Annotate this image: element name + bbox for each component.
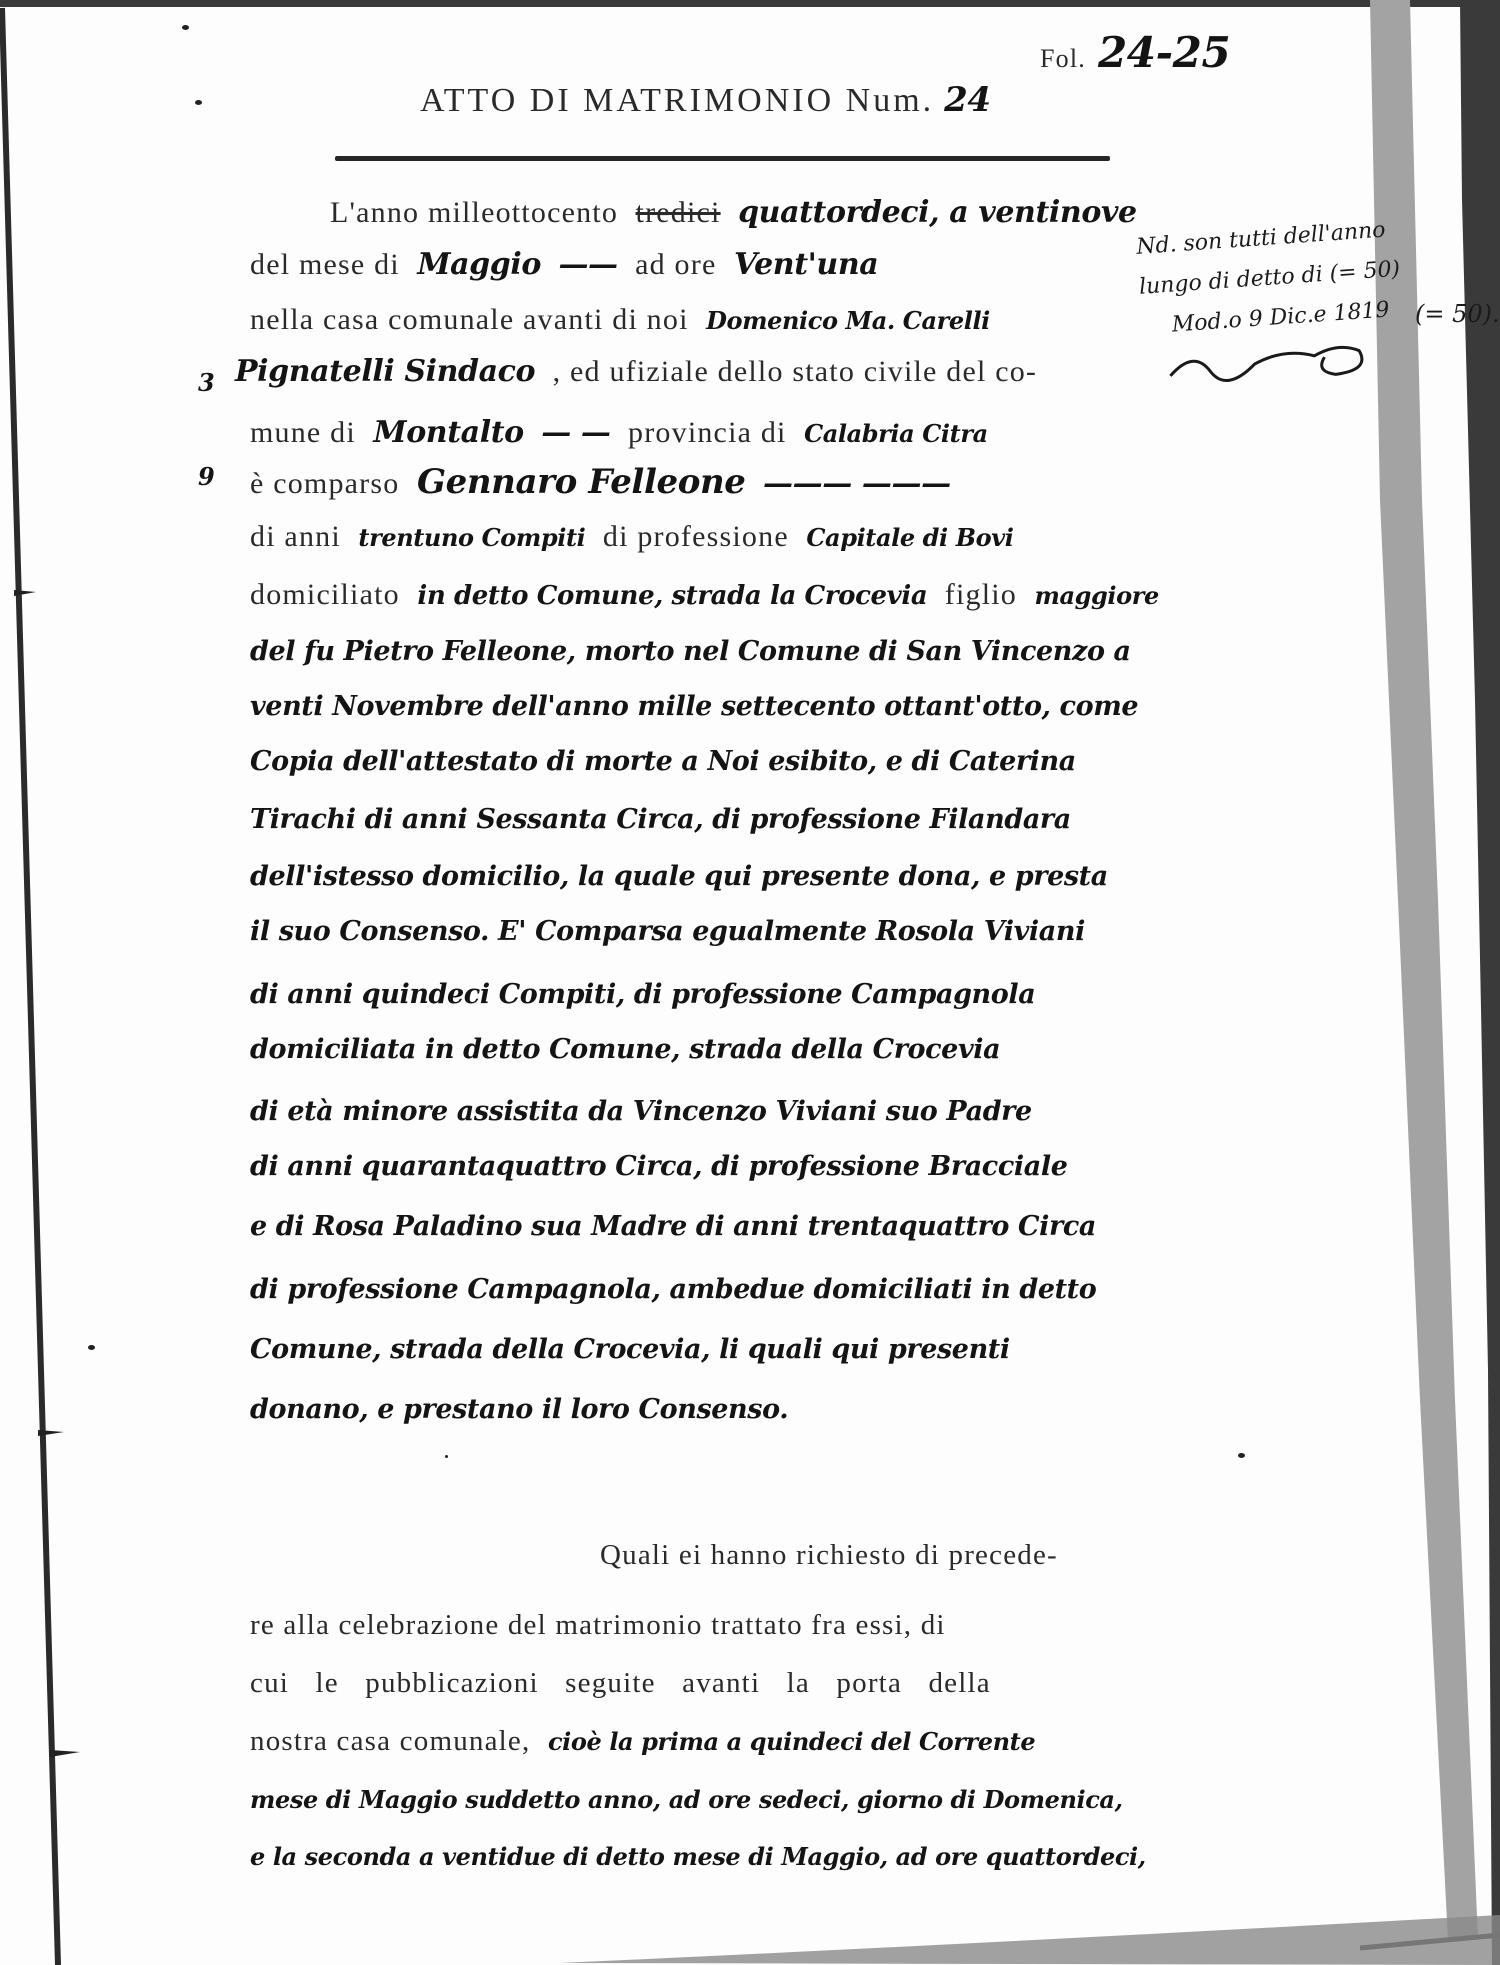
margin-mark-1: 3: [198, 368, 214, 397]
body-line-5: mune di Montalto — — provincia di Calabr…: [250, 408, 998, 458]
body-line-15: di anni quindeci Compiti, di professione…: [250, 970, 1035, 1020]
handwritten-text: Pignatelli Sindaco: [235, 354, 535, 389]
handwritten-text: Montalto: [373, 415, 523, 450]
folio-value: 24-25: [1098, 28, 1230, 77]
body-line-20: di professione Campagnola, ambedue domic…: [250, 1265, 1096, 1315]
title-printed: ATTO DI MATRIMONIO Num.: [420, 82, 934, 119]
handwritten-text: cioè la prima a quindeci del Corrente: [548, 1727, 1035, 1756]
body-line-18: di anni quarantaquattro Circa, di profes…: [250, 1142, 1067, 1192]
body-line-2: del mese di Maggio —— ad ore Vent'una: [250, 240, 888, 290]
closing-line-4: nostra casa comunale, cioè la prima a qu…: [250, 1716, 1045, 1766]
closing-line-6: e la seconda a ventidue di detto mese di…: [250, 1832, 1146, 1882]
printed-text: mune di: [250, 416, 356, 449]
body-line-11: Copia dell'attestato di morte a Noi esib…: [250, 737, 1076, 787]
printed-text: figlio: [945, 578, 1017, 611]
handwritten-text: maggiore: [1035, 581, 1159, 610]
printed-text: provincia di: [628, 416, 787, 449]
body-line-13: dell'istesso domicilio, la quale qui pre…: [250, 852, 1108, 902]
top-edge: [0, 0, 1500, 7]
dash: ——: [558, 247, 617, 282]
handwritten-text: in detto Comune, strada la Crocevia: [417, 581, 927, 611]
body-line-22: donano, e prestano il loro Consenso.: [250, 1385, 788, 1435]
printed-text: nella casa comunale avanti di noi: [250, 303, 689, 336]
handwritten-text: Vent'una: [734, 247, 878, 282]
struck-text: tredici: [636, 196, 721, 229]
handwritten-text: Calabria Citra: [804, 419, 988, 448]
left-binding-edge: [0, 0, 80, 1965]
printed-text: ad ore: [635, 248, 716, 281]
closing-line-5: mese di Maggio suddetto anno, ad ore sed…: [250, 1775, 1123, 1825]
folio-label: Fol.: [1040, 44, 1086, 73]
printed-text: , ed ufiziale dello stato civile del co-: [553, 355, 1038, 388]
handwritten-text: Capitale di Bovi: [806, 523, 1013, 552]
dash: — —: [541, 415, 610, 450]
printed-text: di anni: [250, 520, 341, 553]
handwritten-text: trentuno Compiti: [358, 523, 585, 552]
margin-mark-2: 9: [198, 462, 214, 491]
body-line-4: Pignatelli Sindaco , ed ufiziale dello s…: [235, 347, 1047, 397]
printed-text: del mese di: [250, 248, 400, 281]
printed-text: nostra casa comunale,: [250, 1725, 530, 1757]
printed-text: L'anno milleottocento: [330, 196, 618, 229]
body-line-9: del fu Pietro Felleone, morto nel Comune…: [250, 627, 1131, 677]
closing-line-1: Quali ei hanno richiesto di precede-: [600, 1530, 1058, 1580]
printed-text: è comparso: [250, 467, 399, 500]
body-line-3: nella casa comunale avanti di noi Domeni…: [250, 295, 1000, 345]
dash: ——— ———: [763, 466, 951, 501]
closing-line-2: re alla celebrazione del matrimonio trat…: [250, 1600, 946, 1650]
body-line-16: domiciliata in detto Comune, strada dell…: [250, 1025, 1000, 1075]
right-spine-shadow: [1360, 0, 1500, 1965]
margin-annotation: Nd. son tutti dell'anno lungo di detto d…: [1135, 211, 1387, 406]
handwritten-text: Maggio: [417, 247, 541, 282]
body-line-8: domiciliato in detto Comune, strada la C…: [250, 570, 1169, 620]
printed-text: di professione: [603, 520, 789, 553]
body-line-10: venti Novembre dell'anno mille settecent…: [250, 682, 1138, 732]
body-line-12: Tirachi di anni Sessanta Circa, di profe…: [250, 795, 1071, 845]
body-line-1: L'anno milleottocento tredici quattordec…: [330, 188, 1147, 238]
body-line-19: e di Rosa Paladino sua Madre di anni tre…: [250, 1202, 1096, 1252]
body-line-14: il suo Consenso. E' Comparsa egualmente …: [250, 907, 1085, 957]
spine-fragment-note: (= 50).: [1415, 300, 1500, 328]
closing-line-3: cui le pubblicazioni seguite avanti la p…: [250, 1658, 991, 1708]
folio-number: Fol. 24-25: [1040, 28, 1230, 77]
body-line-7: di anni trentuno Compiti di professione …: [250, 512, 1023, 562]
title-number: 24: [944, 80, 991, 120]
handwritten-text: Gennaro Felleone: [417, 462, 746, 502]
title-rule: [335, 156, 1110, 161]
body-line-21: Comune, strada della Crocevia, li quali …: [250, 1325, 1010, 1375]
handwritten-text: Domenico Ma. Carelli: [706, 306, 990, 335]
body-line-17: di età minore assistita da Vincenzo Vivi…: [250, 1087, 1032, 1137]
bottom-shadow: [560, 1895, 1500, 1965]
handwritten-text: quattordeci, a ventinove: [738, 195, 1137, 230]
page-title: ATTO DI MATRIMONIO Num. 24: [420, 80, 991, 120]
printed-text: domiciliato: [250, 578, 400, 611]
body-line-6: è comparso Gennaro Felleone ——— ———: [250, 457, 961, 507]
